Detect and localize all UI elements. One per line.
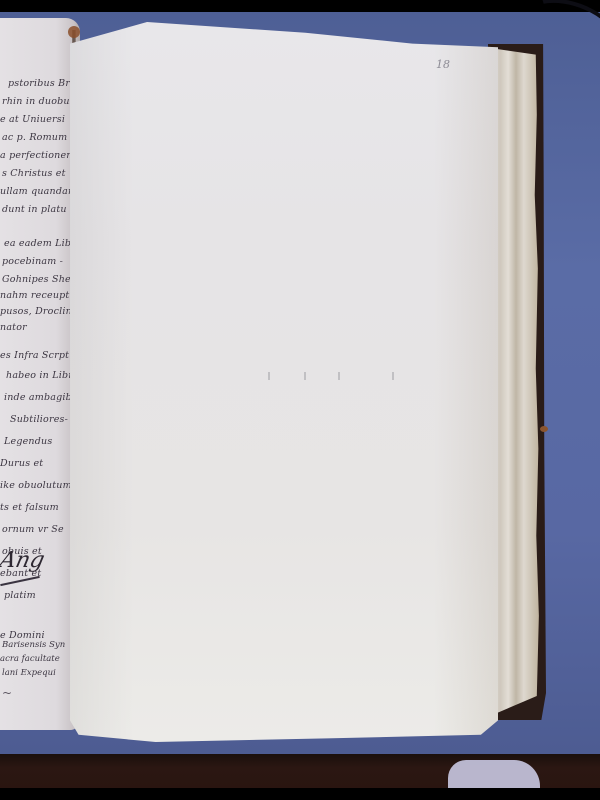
folio-number: 18 (436, 58, 450, 71)
bottom-note-line: Barisensis Syn (2, 640, 65, 650)
manuscript-line: Gohnipes Sheta (2, 274, 81, 285)
manuscript-line: ac p. Romum (2, 132, 67, 143)
letterbox-top (0, 0, 600, 12)
gutter-stain (68, 26, 80, 38)
left-page: pstoribus Bre rhin in duobus e at Uniuer… (0, 18, 80, 730)
manuscript-line: pstoribus Bre (8, 78, 76, 89)
cloth (448, 760, 540, 790)
bottom-note-line: lani Expequi (2, 668, 56, 678)
letterbox-bottom (0, 788, 600, 800)
manuscript-line: ornum vr Se (2, 524, 64, 535)
manuscript-line: habeo in Libr (6, 370, 73, 381)
manuscript-line: Legendus (4, 436, 52, 447)
manuscript-line: nator (0, 322, 27, 333)
bleed-through-marks (268, 372, 408, 386)
manuscript-line: Durus et (0, 458, 43, 469)
manuscript-line: a perfectionem (0, 150, 76, 161)
stain (540, 426, 548, 432)
paraph-mark: ~ (2, 686, 12, 700)
manuscript-line: es Infra Scrpt (0, 350, 69, 361)
manuscript-line: ike obuolutum (0, 480, 72, 491)
manuscript-line: pusos, Droclin (0, 306, 72, 317)
manuscript-line: ts et falsum (0, 502, 59, 513)
manuscript-line: s Christus et (2, 168, 66, 179)
bottom-note-line: acra facultate (0, 654, 60, 664)
manuscript-line: pocebinam - (2, 256, 63, 267)
manuscript-line: platim (4, 590, 36, 601)
manuscript-line: Subtiliores- (10, 414, 68, 425)
manuscript-line: nahm receupt (0, 290, 69, 301)
signature: Ang (0, 548, 47, 573)
manuscript-line: ea eadem Libr (4, 238, 76, 249)
manuscript-line: rhin in duobus (2, 96, 75, 107)
manuscript-line: e at Uniuersi (0, 114, 65, 125)
manuscript-line: ullam quandam (0, 186, 77, 197)
manuscript-line: dunt in platu (2, 204, 67, 215)
